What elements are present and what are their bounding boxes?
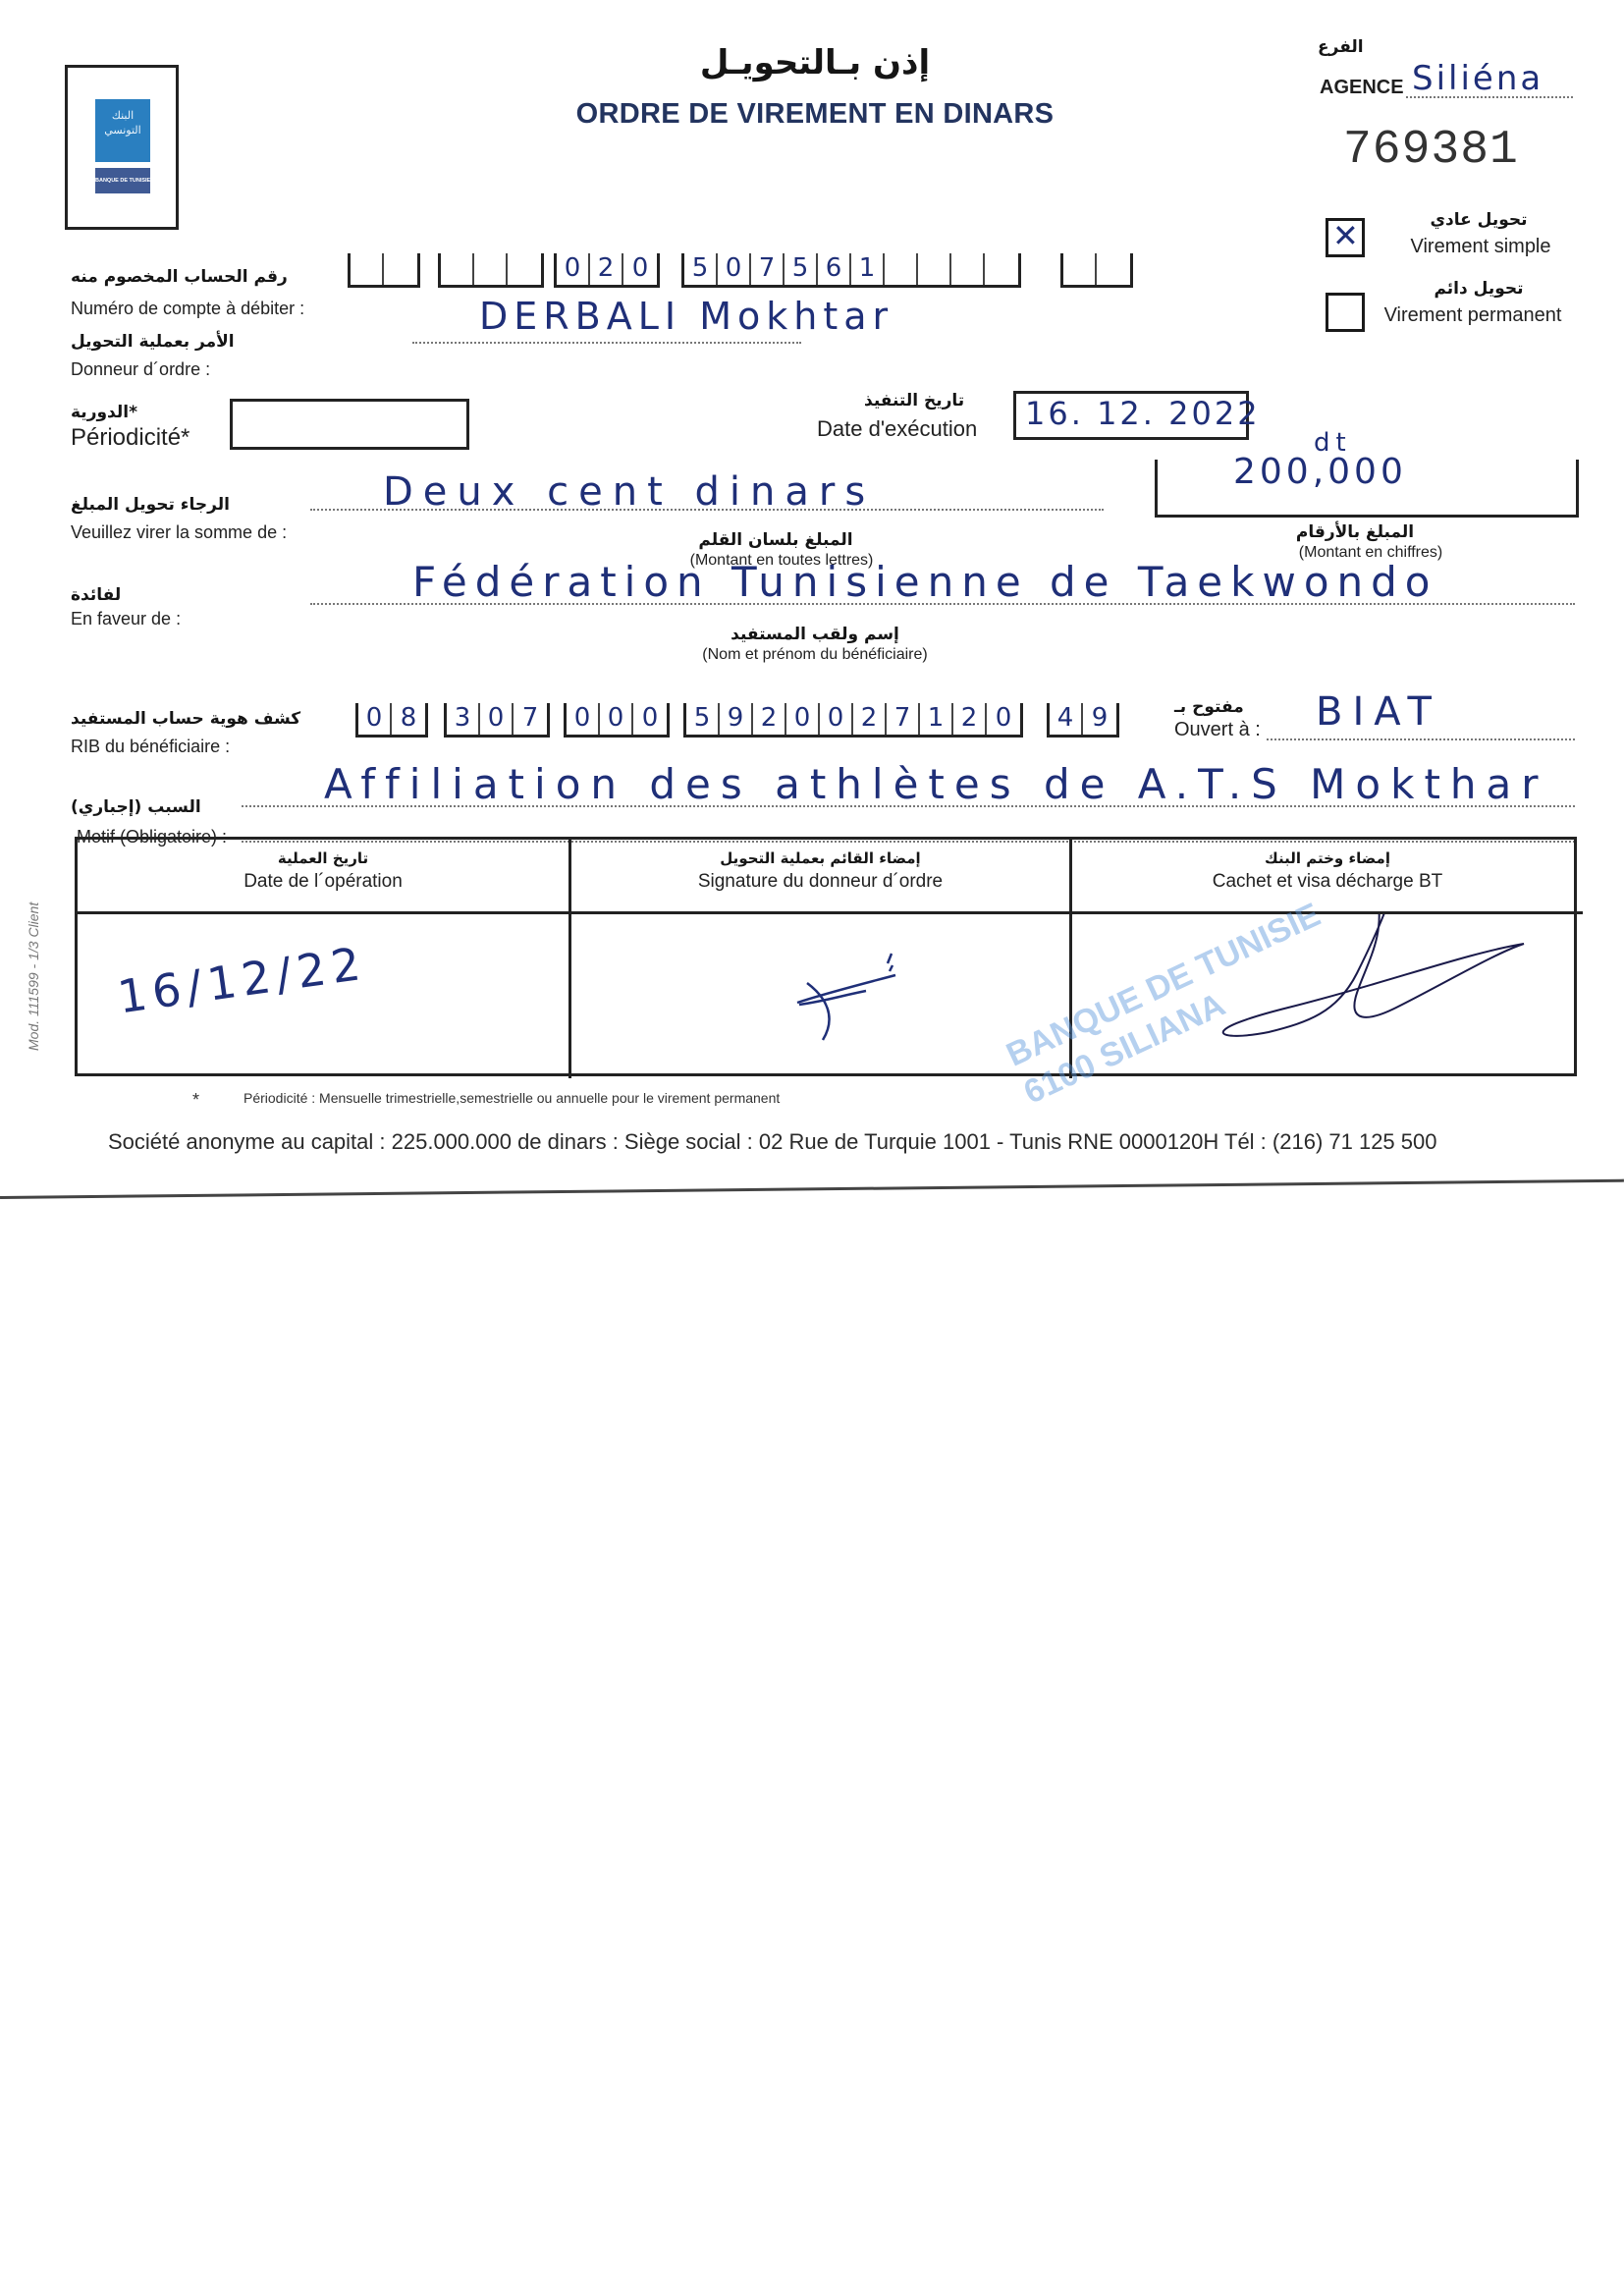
donneur-signature-header-label: Signature du donneur d´ordre (571, 871, 1069, 893)
beneficiary-field[interactable]: Fédération Tunisienne de Taekwondo (412, 558, 1438, 606)
donneur-dotted-line (412, 342, 801, 344)
form-title-arabic: إذن بـالتحويـل (511, 43, 1119, 82)
digit-group[interactable]: 020 (554, 253, 660, 288)
beneficiary-label: En faveur de : (71, 609, 181, 629)
rib-label-arabic: كشف هوية حساب المستفيد (71, 709, 300, 729)
operation-date-value: 16/12/22 (114, 937, 369, 1024)
digit-cell[interactable] (384, 253, 417, 285)
bank-stamp-header: إمضاء وختم البنك Cachet et visa décharge… (1072, 840, 1583, 914)
operation-date-header: تاريخ العملية Date de l´opération (78, 840, 571, 914)
digit-cell[interactable]: 0 (987, 703, 1020, 735)
digit-cell[interactable]: 0 (623, 253, 657, 285)
digit-cell[interactable]: 3 (447, 703, 480, 735)
digit-cell[interactable] (951, 253, 985, 285)
digit-cell[interactable]: 1 (920, 703, 953, 735)
signature-table: تاريخ العملية Date de l´opération إمضاء … (75, 837, 1577, 1076)
ouvert-label-arabic: مفتوح بـ (1174, 697, 1244, 717)
digit-cell[interactable]: 2 (853, 703, 887, 735)
digit-cell[interactable]: 5 (785, 253, 818, 285)
virement-permanent-label-arabic: تحويل دائم (1410, 279, 1547, 299)
footnote: Périodicité : Mensuelle trimestrielle,se… (244, 1090, 780, 1106)
logo-name-block: BANQUE DE TUNISIE (95, 168, 150, 193)
execution-date-label-arabic: تاريخ التنفيذ (864, 391, 964, 410)
virement-permanent-checkbox[interactable] (1326, 293, 1365, 332)
ouvert-field[interactable]: BIAT (1316, 689, 1441, 735)
check-mark-icon: ✕ (1332, 217, 1359, 254)
page-cut-edge (0, 1179, 1624, 1199)
virement-simple-label: Virement simple (1392, 236, 1569, 258)
digit-cell[interactable]: 6 (818, 253, 851, 285)
periodicite-label-arabic: *الدورية (71, 403, 137, 422)
digit-cell[interactable]: 5 (686, 703, 720, 735)
digit-group[interactable]: 08 (355, 703, 428, 738)
digit-cell[interactable]: 7 (887, 703, 920, 735)
digit-cell[interactable] (985, 253, 1018, 285)
digit-group[interactable]: 000 (564, 703, 670, 738)
digit-cell[interactable]: 0 (633, 703, 667, 735)
digit-group[interactable]: 49 (1047, 703, 1119, 738)
agence-label: AGENCE (1320, 77, 1404, 99)
digit-group[interactable] (438, 253, 544, 288)
donneur-signature-header-arabic: إمضاء القائم بعملية التحويل (571, 849, 1069, 867)
virement-permanent-label: Virement permanent (1375, 304, 1571, 327)
digit-cell[interactable]: 0 (718, 253, 751, 285)
digit-cell[interactable]: 8 (392, 703, 425, 735)
digit-cell[interactable]: 2 (590, 253, 623, 285)
digit-cell[interactable]: 9 (720, 703, 753, 735)
amount-figures-caption-arabic: المبلغ بالأرقام (1276, 522, 1434, 542)
amount-words-field[interactable]: Deux cent dinars (383, 469, 875, 515)
digit-group[interactable]: 507561 (681, 253, 1021, 288)
ouvert-dotted-line (1267, 738, 1575, 740)
digit-cell[interactable] (1097, 253, 1130, 285)
agence-label-arabic: الفرع (1318, 37, 1364, 57)
beneficiary-label-arabic: لفائدة (71, 585, 121, 605)
virement-simple-label-arabic: تحويل عادي (1410, 210, 1547, 230)
operation-date-cell[interactable]: 16/12/22 (78, 914, 571, 1078)
digit-cell[interactable]: 0 (480, 703, 514, 735)
execution-date-value: 16. 12. 2022 (1025, 395, 1261, 432)
logo-arabic-block: البنك التونسي (95, 99, 150, 162)
form-model-reference: Mod. 111599 - 1/3 Client (26, 902, 41, 1051)
digit-cell[interactable]: 2 (753, 703, 786, 735)
digit-cell[interactable]: 2 (953, 703, 987, 735)
donneur-label-arabic: الأمر بعملية التحويل (71, 332, 235, 352)
donneur-signature-header: إمضاء القائم بعملية التحويل Signature du… (571, 840, 1072, 914)
beneficiary-caption-arabic: إسم ولقب المستفيد (677, 625, 952, 644)
operation-date-header-label: Date de l´opération (78, 871, 568, 893)
digit-cell[interactable]: 0 (557, 253, 590, 285)
periodicite-field[interactable] (230, 399, 469, 450)
amount-label-arabic: الرجاء تحويل المبلغ (71, 495, 230, 515)
donneur-label: Donneur d´ordre : (71, 359, 210, 380)
digit-cell[interactable]: 7 (751, 253, 785, 285)
digit-cell[interactable] (885, 253, 918, 285)
agence-dotted-line (1406, 96, 1573, 98)
form-title: ORDRE DE VIREMENT EN DINARS (511, 98, 1119, 131)
bank-stamp-header-label: Cachet et visa décharge BT (1072, 871, 1583, 893)
ouvert-label: Ouvert à : (1174, 719, 1261, 741)
bank-logo: البنك التونسي BANQUE DE TUNISIE (65, 65, 179, 230)
digit-cell[interactable] (918, 253, 951, 285)
motif-label-arabic: السبب (إجباري) (71, 797, 201, 817)
digit-cell[interactable]: 0 (567, 703, 600, 735)
footnote-asterisk: * (192, 1090, 199, 1111)
digit-cell[interactable]: 5 (684, 253, 718, 285)
bank-stamp-header-arabic: إمضاء وختم البنك (1072, 849, 1583, 867)
digit-cell[interactable]: 7 (514, 703, 547, 735)
agence-field[interactable]: Siliéna (1412, 59, 1569, 98)
beneficiary-caption: (Nom et prénom du bénéficiaire) (677, 646, 952, 664)
digit-cell[interactable]: 0 (600, 703, 633, 735)
digit-cell[interactable]: 0 (820, 703, 853, 735)
amount-words-caption-arabic: المبلغ بلسان القلم (677, 530, 874, 550)
digit-cell[interactable] (508, 253, 541, 285)
digit-group[interactable] (348, 253, 420, 288)
digit-cell[interactable] (351, 253, 384, 285)
motif-field[interactable]: Affiliation des athlètes de A.T.S Moktha… (324, 760, 1548, 808)
digit-cell[interactable]: 9 (1083, 703, 1116, 735)
signature-icon (571, 914, 1072, 1073)
amount-label: Veuillez virer la somme de : (71, 522, 287, 543)
operation-date-header-arabic: تاريخ العملية (78, 849, 568, 867)
company-footer: Société anonyme au capital : 225.000.000… (108, 1129, 1436, 1155)
digit-cell[interactable]: 0 (358, 703, 392, 735)
digit-cell[interactable] (474, 253, 508, 285)
periodicite-label: Périodicité* (71, 424, 189, 452)
digit-cell[interactable] (1063, 253, 1097, 285)
donneur-field[interactable]: DERBALI Mokhtar (479, 295, 893, 338)
digit-group[interactable] (1060, 253, 1133, 288)
donneur-signature-cell[interactable] (571, 914, 1072, 1078)
digit-cell[interactable]: 4 (1050, 703, 1083, 735)
digit-group[interactable]: 307 (444, 703, 550, 738)
digit-cell[interactable] (441, 253, 474, 285)
digit-cell[interactable]: 1 (851, 253, 885, 285)
amount-figures-value: 200,000 (1233, 452, 1407, 492)
form-reference-number: 769381 (1343, 124, 1519, 177)
digit-cell[interactable]: 0 (786, 703, 820, 735)
digit-group[interactable]: 5920027120 (683, 703, 1023, 738)
execution-date-label: Date d'exécution (817, 416, 977, 442)
account-debit-label-arabic: رقم الحساب المخصوم منه (71, 267, 288, 287)
virement-simple-checkbox[interactable]: ✕ (1326, 218, 1365, 257)
rib-label: RIB du bénéficiaire : (71, 737, 230, 757)
account-debit-label: Numéro de compte à débiter : (71, 299, 304, 319)
